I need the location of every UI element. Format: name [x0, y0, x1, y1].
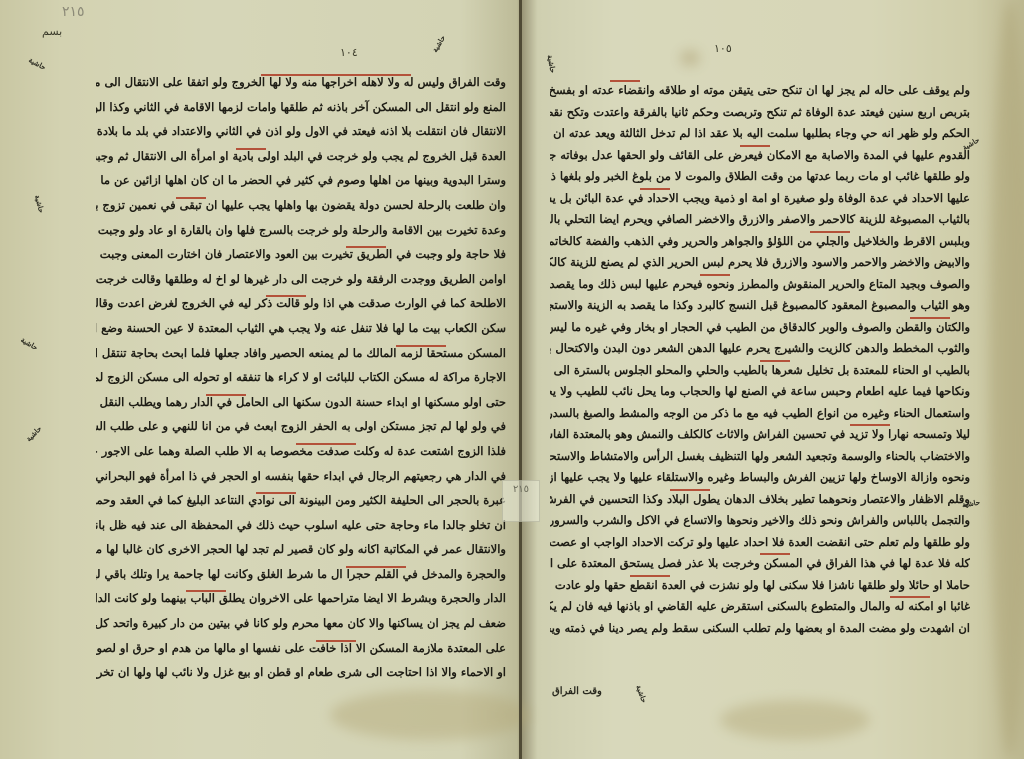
text-line: والكتان والقطن والصوف والوبر كالدقاق من … [550, 317, 970, 339]
text-line: والانتقال عمر في المكاتبة اكانه ولو كان … [96, 537, 506, 562]
text-line: كله فلا عدة لها في هذا الفراق في المسكن … [550, 553, 970, 575]
margin-note: حاشية [33, 194, 45, 214]
text-line: والحجرة والمدخل في القلم حجرا ال ما شرط … [96, 562, 506, 587]
left-page: ٢١٥ بسم ١٠٤ وقت الفراق وليس له ولا لاهله… [0, 0, 519, 759]
text-line: في الدار هي رجعيتهم الرجال في ابداء حقها… [96, 464, 506, 489]
text-line: حاملا او حائلا ولو طلقها ناشزا فلا سكنى … [550, 575, 970, 597]
text-line: وهو الثياب والمصبوغ المعقود كالمصبوغ قبل… [550, 295, 970, 317]
manuscript-spread: ٢١٥ بسم ١٠٤ وقت الفراق وليس له ولا لاهله… [0, 0, 1024, 759]
text-line: وقت الفراق وليس له ولا لاهله اخراجها منه… [96, 70, 506, 95]
text-line: الاجارة مراكة له مسكن الكتاب للبائت او ل… [96, 365, 506, 390]
text-line: وقلم الاظفار والاعتصار ونحوهما تطير بخلا… [550, 489, 970, 511]
text-line: الانتقال فان انتقلت بلا اذنه فيعتد في ال… [96, 119, 506, 144]
text-line: في ولو لها لم تجز مستكن اولى به الحفر ال… [96, 414, 506, 439]
margin-note: حاشية [25, 425, 44, 444]
text-line: عليها الاحداد في عدة الوفاة ولو صغيرة او… [550, 188, 970, 210]
text-line: المنع ولو انتقل الى المسكن آخر باذنه ثم … [96, 95, 506, 120]
margin-note: حاشية [431, 34, 447, 54]
text-line: ولم يوقف على حاله لم يجز لها ان تنكح حتى… [550, 80, 970, 102]
text-line: وبلبس الاقرط والخلاخيل والجلي من اللؤلؤ … [550, 231, 970, 253]
text-line: بالثياب المصبوغة للزينة كالاحمر والاصفر … [550, 209, 970, 231]
text-line: والاختضاب بالحناء والوسمة وتجعيد الشعر و… [550, 446, 970, 468]
text-line: وسترا البدوية وبينها من اهلها وصوم في كث… [96, 168, 506, 193]
text-line: وان طلعت بالرحلة لحسن دولة يقضون بها واه… [96, 193, 506, 218]
text-line: سكن الكعاب بيت ما لها فلا تنفل عنه ولا ي… [96, 316, 506, 341]
text-line: ونكاحها فيما عليه اطعام وحبس ساعة في الص… [550, 381, 970, 403]
text-line: على المعتدة ملازمة المسكن الا اذا خافت ع… [96, 636, 506, 661]
text-line: وعدة تخيرت بين الاقامة والرحلة ولو خرجت … [96, 218, 506, 243]
text-line: او الاحماء والا اذا احتاجت الى شرى طعام … [96, 660, 506, 685]
text-line: فلذا الزوج اشتعت عدة له وكلت صدفت مخصوصا… [96, 439, 506, 464]
text-line: الاطلحة كما في الوارث صدقت هي اذا ولو قا… [96, 291, 506, 316]
text-line: فلا حاجة ولو وجبت في الطريق تخيرت بين ال… [96, 242, 506, 267]
text-line: ان تخلو جالدا ماء وحاجة حتى عليه اسلوب ح… [96, 513, 506, 538]
folio-number: ٢١٥ [62, 4, 85, 20]
margin-note: حاشية [27, 56, 47, 72]
text-line: ولو طلقها ولم تعلم حتى انقضت العدة فلا ا… [550, 532, 970, 554]
text-line: العدة قبل الخروج لم يجب ولو خرجت في البل… [96, 144, 506, 169]
margin-note: حاشية [634, 684, 648, 704]
corner-note: بسم [42, 25, 62, 38]
text-line: القدوم عليها في المدة والاصابة مع الامكا… [550, 145, 970, 167]
margin-note: حاشية [19, 336, 39, 352]
text-line: والصوف وبجيد المتاع والحرير المنقوش والم… [550, 274, 970, 296]
text-line: بتربص اربع سنين فيعتد عدة الوفاة ثم تنكح… [550, 102, 970, 124]
page-number: ١٠٤ [340, 46, 358, 59]
text-line: واستعمال الحناء وغيره من انواع الطيب فيه… [550, 403, 970, 425]
text-line: ولو طلقها غائب او مات ربما عدتها من وقت … [550, 166, 970, 188]
right-text-block: ولم يوقف على حاله لم يجز لها ان تنكح حتى… [550, 80, 970, 639]
text-line: ضعف لم يجز ان يساكنها والا كان معها محرم… [96, 611, 506, 636]
text-line: اوامن الطريق ووجدت الرفقة ولو خرجت الى د… [96, 267, 506, 292]
page-number: ١٠٥ [714, 42, 732, 55]
margin-note: حاشية [961, 498, 980, 509]
text-line: ان اشهدت ولو مضت المدة او بعضها ولم تطلب… [550, 618, 970, 640]
margin-note: حاشية [546, 54, 557, 73]
text-line: حتى اولو مسكنها او ابداء حسنة الدون سكنه… [96, 390, 506, 415]
text-line: والابيض والاخضر والاحمر والاسود والازرق … [550, 252, 970, 274]
catchword: وقت الفراق [552, 686, 602, 697]
text-line: والثوب المخطط والدهن كالزيت والشيرج يحرم… [550, 338, 970, 360]
left-text-block: وقت الفراق وليس له ولا لاهله اخراجها منه… [96, 70, 506, 685]
text-line: الحكم ولو ظهر انه حي وجاء بطلبها سلمت ال… [550, 123, 970, 145]
text-line: الدار والحجرة وبشرط الا ايضا متراحمها عل… [96, 586, 506, 611]
right-page: ١٠٥ ولم يوقف على حاله لم يجز لها ان تنكح… [522, 0, 1024, 759]
text-line: غائبا او امكنه له والمال والمتطوع بالسكن… [550, 596, 970, 618]
text-line: ليلا وتمسحه نهارا ولا تزيد في تحسين الفر… [550, 424, 970, 446]
text-line: بالطيب او الحناء للمعتدة بل تخليل شعرها … [550, 360, 970, 382]
text-line: المسكن مستحقا لزمه المالك ما لم يمنعه ال… [96, 341, 506, 366]
text-line: ونحوه وازالة الاوساخ ولها تزيين الفرش وا… [550, 467, 970, 489]
text-line: والتجمل باللباس والفراش ونحو ذلك والاخير… [550, 510, 970, 532]
text-line: عبرة بالحجر الى الحليفة الكثير ومن البين… [96, 488, 506, 513]
